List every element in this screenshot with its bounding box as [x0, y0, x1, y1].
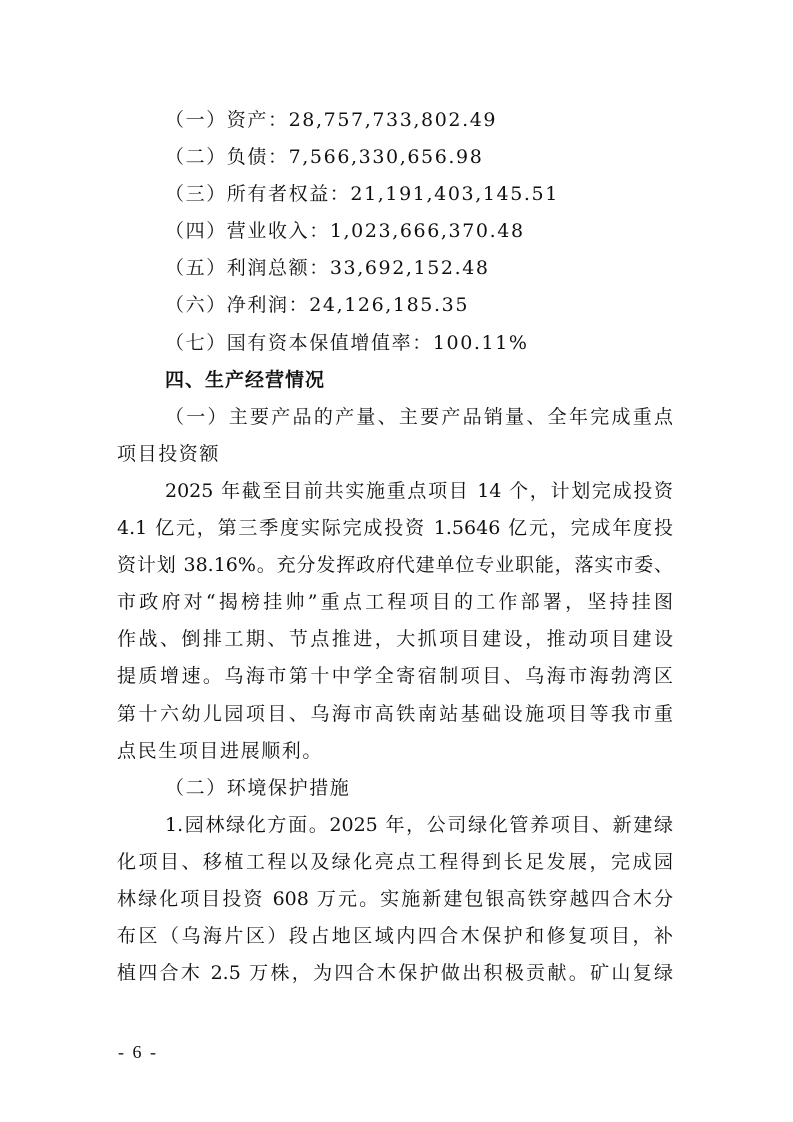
financial-value: 7,566,330,656.98: [289, 146, 484, 168]
paragraph-line: 4.1 亿元，第三季度实际完成投资 1.5646 亿元，完成年度投: [117, 510, 673, 547]
paragraph-line: 2025 年截至目前共实施重点项目 14 个，计划完成投资: [117, 473, 673, 510]
subsection-title-line: （一）主要产品的产量、主要产品销量、全年完成重点: [117, 399, 673, 436]
financial-label: （四）营业收入：: [165, 220, 330, 242]
financial-value: 21,191,403,145.51: [350, 183, 559, 205]
financial-label: （三）所有者权益：: [165, 183, 350, 205]
financial-item-assets: （一）资产：28,757,733,802.49: [117, 102, 673, 139]
financial-item-revenue: （四）营业收入：1,023,666,370.48: [117, 213, 673, 250]
paragraph-line: 市政府对“揭榜挂帅”重点工程项目的工作部署，坚持挂图: [117, 584, 673, 621]
financial-item-total-profit: （五）利润总额：33,692,152.48: [117, 250, 673, 287]
paragraph-line: 提质增速。乌海市第十中学全寄宿制项目、乌海市海勃湾区: [117, 658, 673, 695]
financial-value: 28,757,733,802.49: [289, 109, 498, 131]
paragraph-line: 布区（乌海片区）段占地区域内四合木保护和修复项目，补: [117, 918, 673, 955]
subsection-title-line: 项目投资额: [117, 436, 673, 473]
paragraph-line: 资计划 38.16%。充分发挥政府代建单位专业职能，落实市委、: [117, 547, 673, 584]
page-number: - 6 -: [118, 1042, 158, 1063]
financial-item-equity: （三）所有者权益：21,191,403,145.51: [117, 176, 673, 213]
subsection-title: （二）环境保护措施: [117, 770, 673, 807]
financial-label: （七）国有资本保值增值率：: [165, 332, 433, 354]
paragraph-line: 作战、倒排工期、节点推进，大抓项目建设，推动项目建设: [117, 621, 673, 658]
financial-item-capital-ratio: （七）国有资本保值增值率：100.11%: [117, 325, 673, 362]
section-heading: 四、生产经营情况: [117, 362, 673, 399]
paragraph-line: 化项目、移植工程以及绿化亮点工程得到长足发展，完成园: [117, 844, 673, 881]
financial-label: （六）净利润：: [165, 294, 309, 316]
paragraph-line: 第十六幼儿园项目、乌海市高铁南站基础设施项目等我市重: [117, 696, 673, 733]
financial-label: （一）资产：: [165, 109, 289, 131]
paragraph-line: 林绿化项目投资 608 万元。实施新建包银高铁穿越四合木分: [117, 881, 673, 918]
financial-value: 100.11%: [433, 332, 529, 354]
document-page: （一）资产：28,757,733,802.49 （二）负债：7,566,330,…: [0, 0, 793, 1122]
paragraph-line: 植四合木 2.5 万株，为四合木保护做出积极贡献。矿山复绿: [117, 955, 673, 992]
financial-value: 24,126,185.35: [309, 294, 469, 316]
financial-value: 1,023,666,370.48: [330, 220, 525, 242]
document-body: （一）资产：28,757,733,802.49 （二）负债：7,566,330,…: [117, 102, 673, 992]
financial-item-liabilities: （二）负债：7,566,330,656.98: [117, 139, 673, 176]
financial-label: （五）利润总额：: [165, 257, 330, 279]
paragraph-line: 点民生项目进展顺利。: [117, 733, 673, 770]
paragraph-line: 1.园林绿化方面。2025 年，公司绿化管养项目、新建绿: [117, 807, 673, 844]
financial-item-net-profit: （六）净利润：24,126,185.35: [117, 287, 673, 324]
financial-value: 33,692,152.48: [330, 257, 490, 279]
financial-label: （二）负债：: [165, 146, 289, 168]
